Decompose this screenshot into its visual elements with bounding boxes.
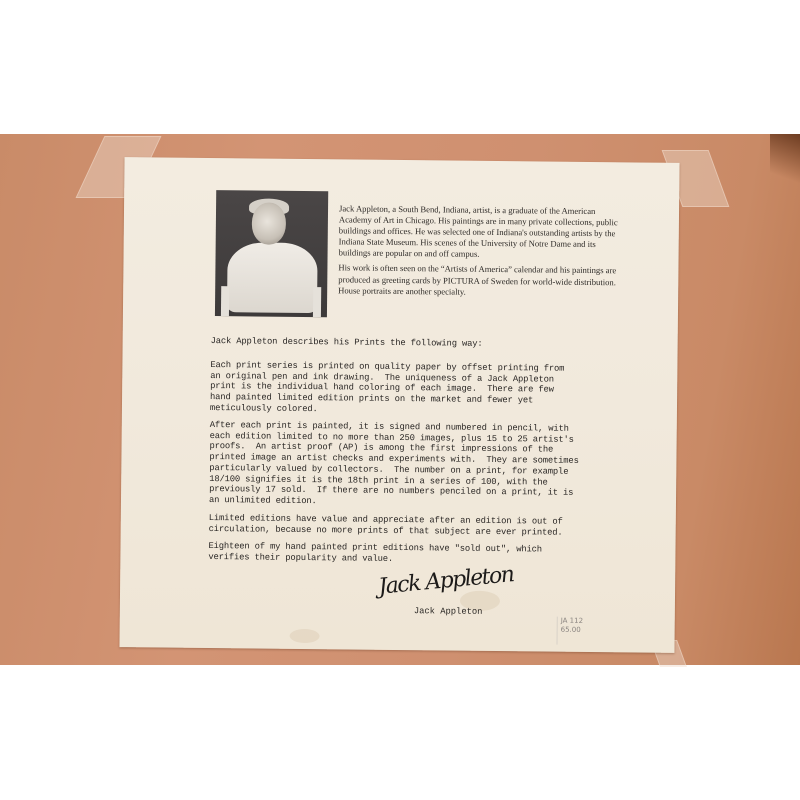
portrait-chair-right [313, 287, 321, 317]
statement-paragraph-3: Limited editions have value and apprecia… [209, 513, 679, 539]
pencil-price-note: JA 112 65.00 [556, 617, 590, 645]
artist-portrait-photo [215, 190, 328, 317]
portrait-figure-head [252, 202, 286, 244]
price-code: JA 112 [561, 617, 591, 626]
artist-bio: Jack Appleton, a South Bend, Indiana, ar… [338, 203, 629, 303]
artist-statement-sheet: Jack Appleton, a South Bend, Indiana, ar… [119, 157, 679, 653]
typed-signature-name: Jack Appleton [414, 606, 483, 617]
statement-intro: Jack Appleton describes his Prints the f… [211, 336, 681, 352]
backing-shadow [770, 134, 800, 194]
paper-stain [290, 629, 320, 643]
portrait-figure-body [227, 242, 318, 313]
bio-paragraph-2: His work is often seen on the “Artists o… [338, 263, 628, 299]
statement-paragraph-2: After each print is painted, it is signe… [209, 420, 680, 511]
price-value: 65.00 [561, 626, 591, 635]
portrait-chair-left [221, 286, 229, 316]
bio-paragraph-1: Jack Appleton, a South Bend, Indiana, ar… [339, 203, 630, 262]
statement-paragraph-4: Eighteen of my hand painted print editio… [208, 541, 678, 567]
statement-paragraph-1: Each print series is printed on quality … [210, 360, 681, 418]
